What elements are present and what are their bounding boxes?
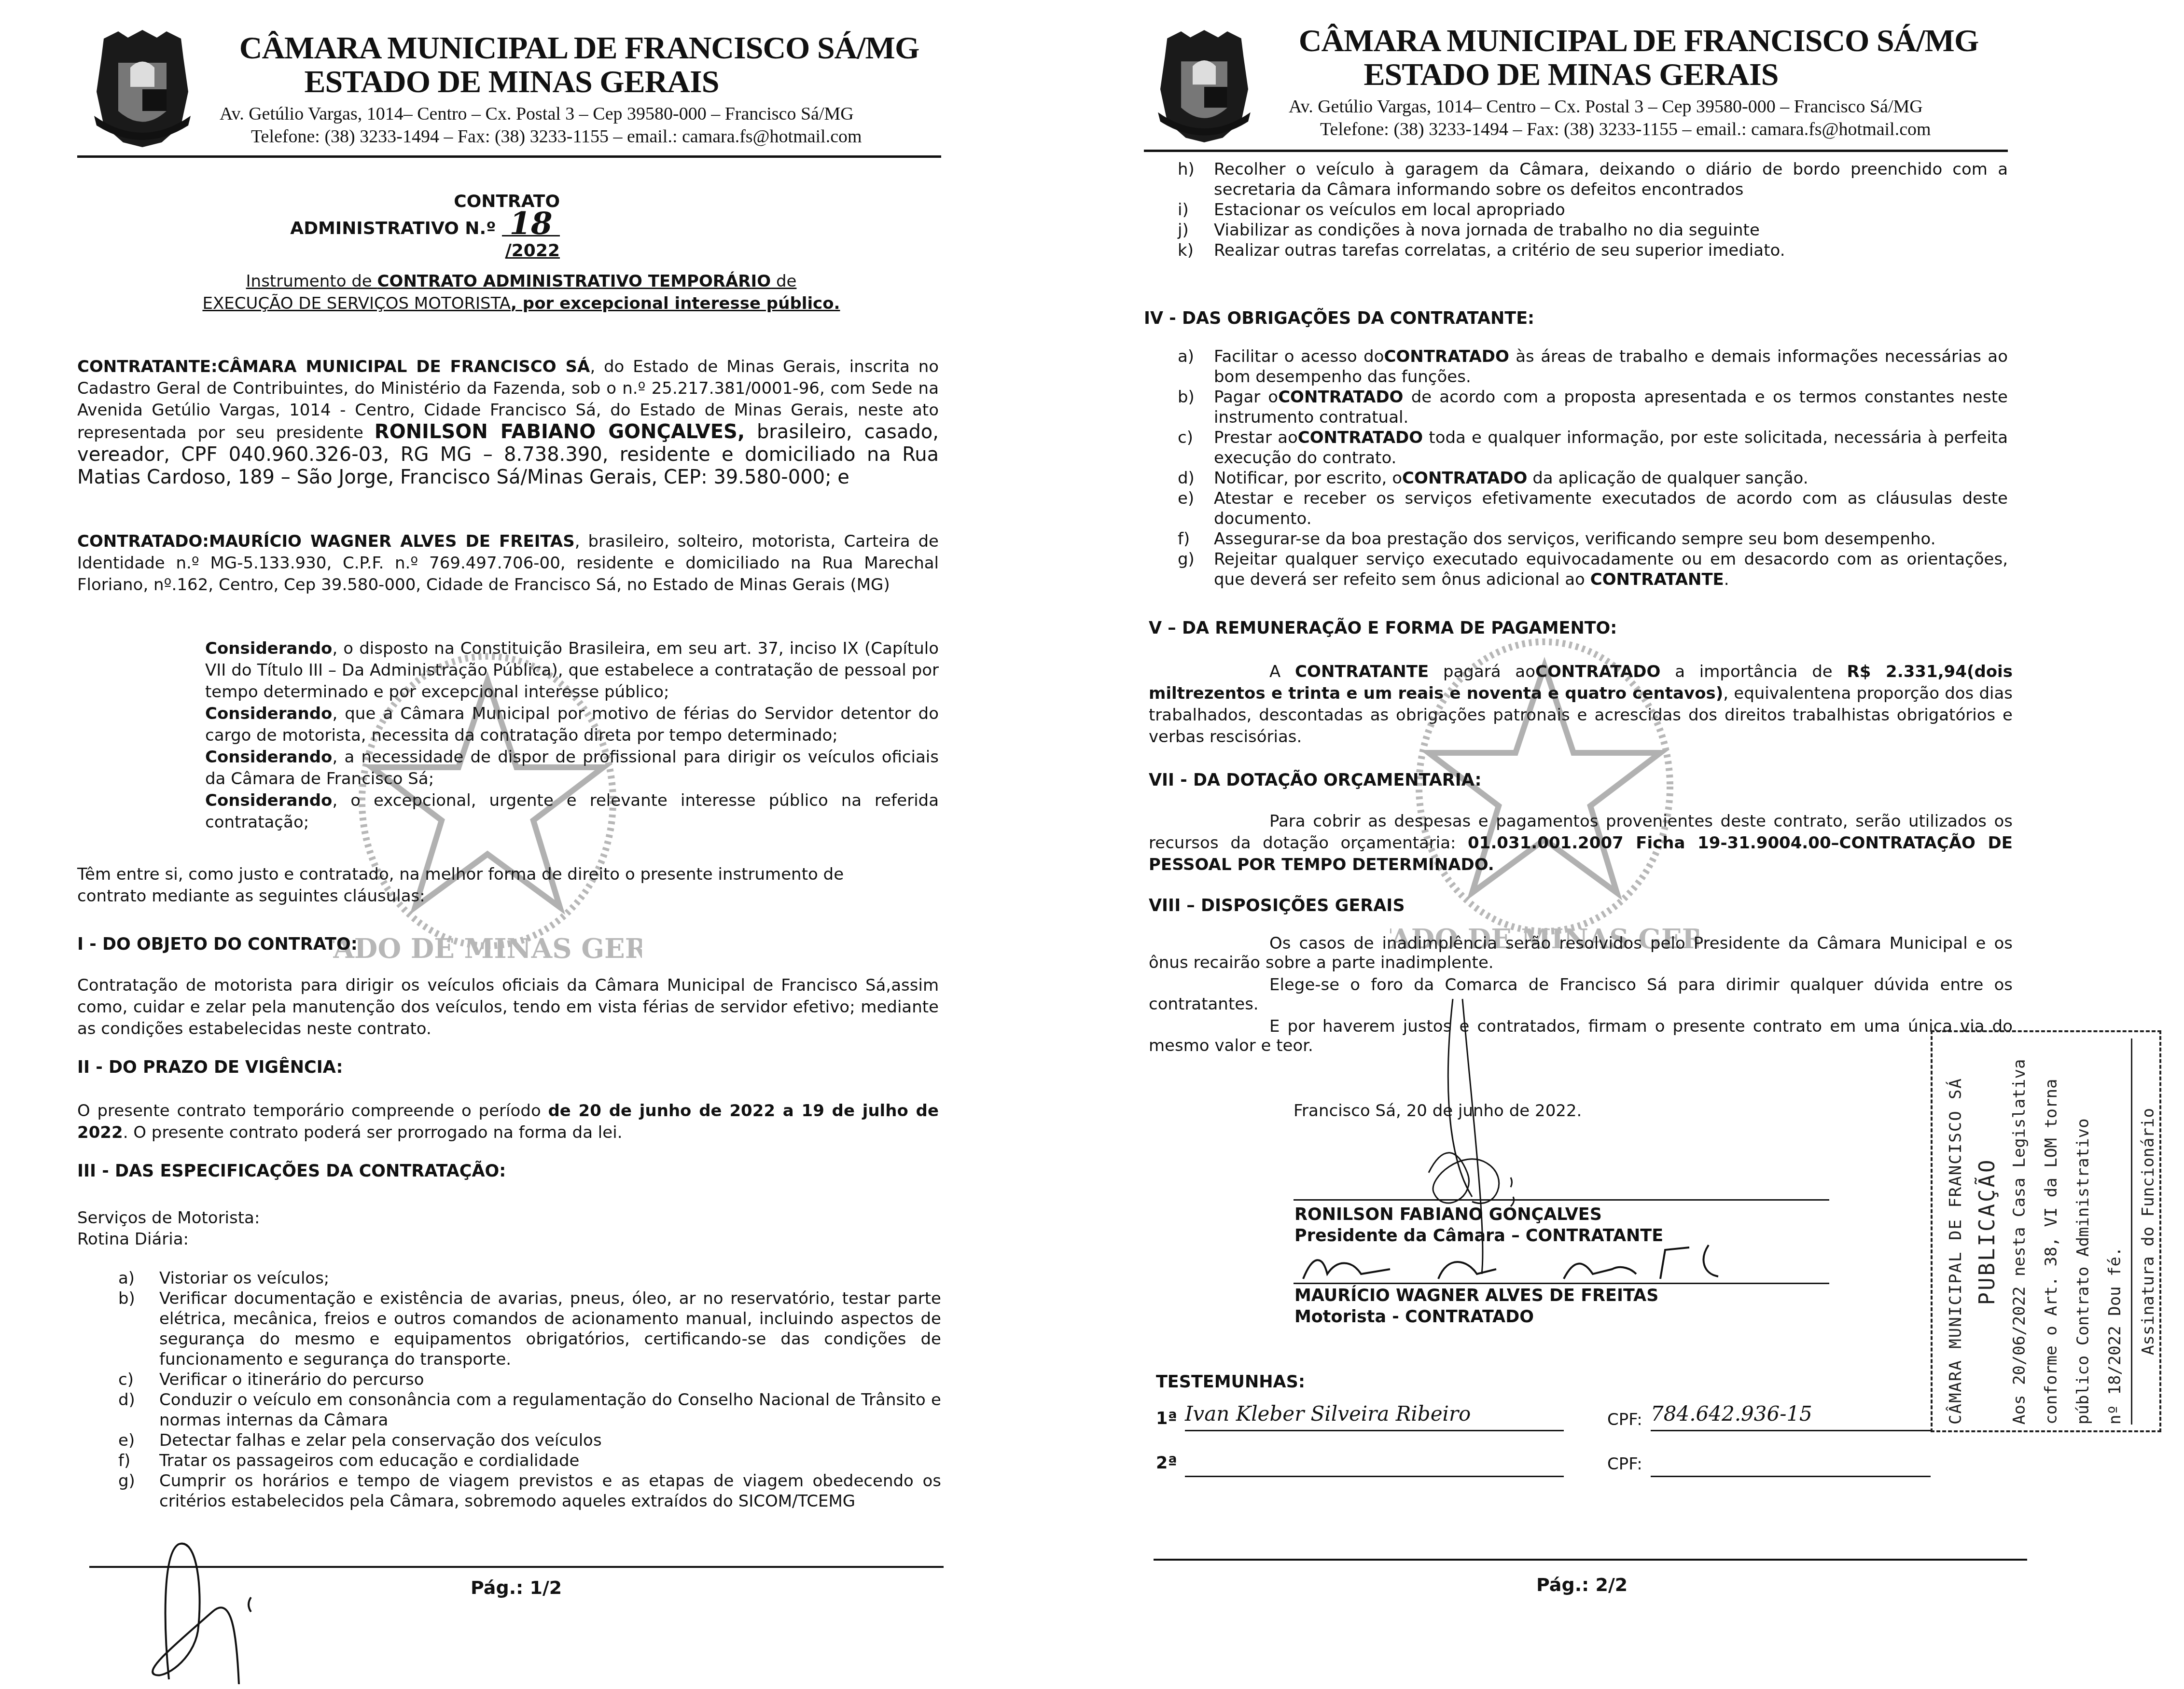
stamp-line: CÂMARA MUNICIPAL DE FRANCISCO SÁ — [1940, 1038, 1972, 1425]
instrument-bold: CONTRATO ADMINISTRATIVO TEMPORÁRIO — [377, 272, 771, 291]
list-marker: f) — [1178, 529, 1190, 549]
header-title: CÂMARA MUNICIPAL DE FRANCISCO SÁ/MG — [1272, 24, 2005, 58]
signer-contratado: MAURÍCIO WAGNER ALVES DE FREITAS Motoris… — [1294, 1285, 1658, 1328]
list-marker: j) — [1178, 220, 1189, 240]
header-subtitle: ESTADO DE MINAS GERAIS — [212, 65, 811, 99]
list-item: j)Viabilizar as condições à nova jornada… — [1178, 220, 2008, 240]
witness-2-ordinal: 2ª — [1156, 1454, 1177, 1473]
list-marker: a) — [1178, 346, 1194, 367]
routine-label: Rotina Diária: — [77, 1229, 189, 1250]
list-item: a)Facilitar o acesso doCONTRATADO às áre… — [1178, 346, 2008, 387]
list-marker: a) — [118, 1268, 135, 1288]
budget-paragraph: Para cobrir as despesas e pagamentos pro… — [1149, 811, 2013, 876]
obligations-list: a)Facilitar o acesso doCONTRATADO às áre… — [1178, 346, 2008, 590]
state-seal-watermark-icon: ESTADO DE MINAS GERAIS — [1390, 627, 1699, 975]
list-text: Assegurar-se da boa prestação dos serviç… — [1214, 529, 1936, 549]
footer-rule — [1154, 1559, 2027, 1561]
list-item: i)Estacionar os veículos em local apropr… — [1178, 200, 2008, 220]
list-marker: k) — [1178, 240, 1194, 261]
list-marker: c) — [118, 1370, 134, 1390]
header-contacts: Telefone: (38) 3233-1494 – Fax: (38) 323… — [251, 126, 862, 147]
coat-of-arms-icon — [84, 29, 200, 150]
list-text: Prestar ao — [1214, 428, 1298, 447]
signer-name: RONILSON FABIANO GONÇALVES — [1294, 1204, 1663, 1225]
list-item: a)Vistoriar os veículos; — [118, 1268, 941, 1288]
list-text: Detectar falhas e zelar pela conservação… — [159, 1431, 602, 1450]
list-text: da aplicação de qualquer sanção. — [1527, 469, 1808, 488]
payment-text: A — [1269, 662, 1295, 681]
witness-2-cpf-field[interactable] — [1651, 1448, 1931, 1477]
state-seal-watermark-icon: ESTADO DE MINAS GERAIS — [333, 642, 642, 980]
header-address: Av. Getúlio Vargas, 1014– Centro – Cx. P… — [1289, 97, 1923, 117]
list-marker: g) — [1178, 549, 1195, 569]
list-item: e)Detectar falhas e zelar pela conservaç… — [118, 1430, 941, 1451]
page-1: CÂMARA MUNICIPAL DE FRANCISCO SÁ/MG ESTA… — [0, 0, 1038, 1689]
general-provision-item: Elege-se o foro da Comarca de Francisco … — [1149, 975, 2013, 1014]
instrument-text: de — [771, 272, 796, 291]
witness-1-cpf-field[interactable]: 784.642.936-15 — [1651, 1402, 1931, 1431]
list-text: Notificar, por escrito, o — [1214, 469, 1402, 488]
signature-line-contratado — [1294, 1283, 1829, 1284]
witnesses-label: TESTEMUNHAS: — [1156, 1371, 1305, 1393]
list-text: Cumprir os horários e tempo de viagem pr… — [159, 1471, 941, 1511]
list-text: Recolher o veículo à garagem da Câmara, … — [1214, 160, 2008, 199]
list-marker: f) — [118, 1451, 130, 1471]
list-item: d)Conduzir o veículo em consonância com … — [118, 1390, 941, 1430]
list-item: c)Prestar aoCONTRATADO toda e qualquer i… — [1178, 428, 2008, 468]
header-rule — [77, 155, 941, 158]
stamp-line: nº 18/2022 Dou fé. — [2099, 1038, 2131, 1425]
signature-contratado-icon — [1294, 1240, 1776, 1288]
considerando-label: Considerando — [205, 748, 332, 767]
header-contacts: Telefone: (38) 3233-1494 – Fax: (38) 323… — [1320, 119, 1931, 139]
list-marker: g) — [118, 1471, 135, 1491]
section-2-title: II - DO PRAZO DE VIGÊNCIA: — [77, 1057, 343, 1079]
svg-text:ESTADO DE MINAS GERAIS: ESTADO DE MINAS GERAIS — [333, 933, 642, 965]
contract-number: CONTRATO ADMINISTRATIVO N.º 18/2022 — [290, 191, 560, 262]
list-marker: e) — [1178, 488, 1194, 509]
page-number: Pág.: 1/2 — [471, 1577, 562, 1598]
instrument-text: EXECUÇÃO DE SERVIÇOS MOTORISTA — [203, 294, 511, 313]
witness-2-name-field[interactable] — [1185, 1448, 1564, 1477]
instrument-text: Instrumento de — [246, 272, 377, 291]
signer-name: MAURÍCIO WAGNER ALVES DE FREITAS — [1294, 1285, 1658, 1306]
list-bold: CONTRATANTE — [1590, 570, 1724, 589]
instrument-title: Instrumento de CONTRATO ADMINISTRATIVO T… — [159, 270, 883, 315]
contract-year: /2022 — [505, 241, 560, 261]
stamp-line: público Contrato Administrativo — [2067, 1038, 2099, 1425]
considerando-label: Considerando — [205, 791, 332, 810]
contratante-president: RONILSON FABIANO GONÇALVES, — [375, 421, 745, 443]
signature-initials-icon — [135, 1535, 280, 1689]
section-4-title: IV - DAS OBRIGAÇÕES DA CONTRATANTE: — [1144, 308, 1534, 330]
list-item: d)Notificar, por escrito, oCONTRATADO da… — [1178, 468, 2008, 488]
list-item: g)Rejeitar qualquer serviço executado eq… — [1178, 549, 2008, 590]
general-provision-item: Os casos de inadimplência serão resolvid… — [1149, 934, 2013, 972]
list-text: Viabilizar as condições à nova jornada d… — [1214, 221, 1760, 240]
list-marker: b) — [118, 1288, 135, 1309]
section-1-title: I - DO OBJETO DO CONTRATO: — [77, 934, 358, 955]
witness-1-cpf-label: CPF: — [1607, 1409, 1642, 1431]
list-text: Verificar documentação e existência de a… — [159, 1289, 941, 1369]
list-marker: i) — [1178, 200, 1189, 220]
services-label: Serviços de Motorista: — [77, 1207, 260, 1229]
list-item: f)Tratar os passageiros com educação e c… — [118, 1451, 941, 1471]
page-number: Pág.: 2/2 — [1536, 1574, 1628, 1595]
section-2-text-pre: O presente contrato temporário compreend… — [77, 1101, 548, 1121]
list-text: Estacionar os veículos em local apropria… — [1214, 200, 1565, 220]
list-text: Facilitar o acesso do — [1214, 347, 1384, 366]
signer-role: Motorista - CONTRATADO — [1294, 1306, 1658, 1328]
instrument-line-2: EXECUÇÃO DE SERVIÇOS MOTORISTA, por exce… — [159, 292, 883, 315]
list-text: Vistoriar os veículos; — [159, 1269, 329, 1288]
contract-number-handwritten: 18 — [502, 213, 560, 236]
list-bold: CONTRATADO — [1384, 347, 1509, 366]
header-title: CÂMARA MUNICIPAL DE FRANCISCO SÁ/MG — [212, 31, 946, 65]
stamp-line: Aos 20/06/2022 nesta Casa Legislativa — [2003, 1038, 2035, 1425]
routine-list-continued: h)Recolher o veículo à garagem da Câmara… — [1178, 159, 2008, 261]
section-3-title: III - DAS ESPECIFICAÇÕES DA CONTRATAÇÃO: — [77, 1161, 506, 1182]
contract-number-prefix: ADMINISTRATIVO N.º — [290, 219, 496, 238]
page-2: CÂMARA MUNICIPAL DE FRANCISCO SÁ/MG ESTA… — [1110, 0, 2184, 1689]
section-7-title: VII - DA DOTAÇÃO ORÇAMENTARIA: — [1149, 770, 1482, 791]
list-text: Verificar o itinerário do percurso — [159, 1370, 424, 1389]
list-text: Conduzir o veículo em consonância com a … — [159, 1390, 941, 1430]
contratante-paragraph: CONTRATANTE:CÂMARA MUNICIPAL DE FRANCISC… — [77, 356, 939, 489]
list-text: Tratar os passageiros com educação e cor… — [159, 1451, 579, 1470]
contratado-label: CONTRATADO:MAURÍCIO WAGNER ALVES DE FREI… — [77, 532, 575, 551]
publication-stamp-text: CÂMARA MUNICIPAL DE FRANCISCO SÁ PUBLICA… — [1940, 1038, 2152, 1425]
instrument-bold: , por excepcional interesse público. — [511, 294, 840, 313]
stamp-line: conforme o Art. 38, VI da LOM torna — [2035, 1038, 2067, 1425]
list-item: f)Assegurar-se da boa prestação dos serv… — [1178, 529, 2008, 549]
list-marker: c) — [1178, 428, 1193, 448]
witness-2-cpf-label: CPF: — [1607, 1454, 1642, 1475]
list-bold: CONTRATADO — [1298, 428, 1423, 447]
list-item: h)Recolher o veículo à garagem da Câmara… — [1178, 159, 2008, 200]
witness-1-name-field[interactable]: Ivan Kleber Silveira Ribeiro — [1185, 1402, 1564, 1431]
signature-line-contratante — [1294, 1199, 1829, 1201]
list-item: k)Realizar outras tarefas correlatas, a … — [1178, 240, 2008, 261]
list-text: Realizar outras tarefas correlatas, a cr… — [1214, 241, 1785, 260]
contract-number-line: ADMINISTRATIVO N.º 18/2022 — [290, 213, 560, 262]
instrument-line-1: Instrumento de CONTRATO ADMINISTRATIVO T… — [159, 270, 883, 292]
list-marker: h) — [1178, 159, 1195, 180]
list-bold: CONTRATADO — [1402, 469, 1527, 488]
section-8-title: VIII – DISPOSIÇÕES GERAIS — [1149, 895, 1405, 917]
header-rule — [1144, 150, 2008, 152]
considerando-label: Considerando — [205, 704, 332, 723]
list-item: g)Cumprir os horários e tempo de viagem … — [118, 1471, 941, 1511]
section-2-text: O presente contrato temporário compreend… — [77, 1100, 939, 1144]
list-item: e)Atestar e receber os serviços efetivam… — [1178, 488, 2008, 529]
section-2-text-post: . O presente contrato poderá ser prorrog… — [123, 1123, 623, 1142]
list-text: Atestar e receber os serviços efetivamen… — [1214, 489, 2008, 528]
list-text: Pagar o — [1214, 388, 1278, 407]
witness-1-ordinal: 1ª — [1156, 1409, 1177, 1428]
general-provision-item: E por haverem justos e contratados, firm… — [1149, 1017, 2013, 1055]
section-1-text: Contratação de motorista para dirigir os… — [77, 975, 939, 1040]
list-marker: d) — [1178, 468, 1195, 488]
coat-of-arms-icon — [1149, 27, 1260, 147]
stamp-signature-label: Assinatura do Funcionário — [2131, 1038, 2164, 1425]
list-item: b)Pagar oCONTRATADO de acordo com a prop… — [1178, 387, 2008, 428]
contratante-label: CONTRATANTE:CÂMARA MUNICIPAL DE FRANCISC… — [77, 357, 590, 376]
list-marker: b) — [1178, 387, 1195, 407]
agreement-text: Têm entre si, como justo e contratado, n… — [77, 864, 898, 907]
publication-stamp: CÂMARA MUNICIPAL DE FRANCISCO SÁ PUBLICA… — [1931, 1030, 2161, 1432]
header-address: Av. Getúlio Vargas, 1014– Centro – Cx. P… — [220, 104, 854, 124]
header-subtitle: ESTADO DE MINAS GERAIS — [1272, 58, 1870, 92]
routine-list: a)Vistoriar os veículos; b)Verificar doc… — [118, 1268, 941, 1511]
list-text: . — [1724, 570, 1729, 589]
list-marker: d) — [118, 1390, 135, 1410]
list-item: c)Verificar o itinerário do percurso — [118, 1370, 941, 1390]
list-bold: CONTRATADO — [1278, 388, 1403, 407]
considerando-label: Considerando — [205, 639, 332, 658]
contratado-paragraph: CONTRATADO:MAURÍCIO WAGNER ALVES DE FREI… — [77, 531, 939, 596]
stamp-title: PUBLICAÇÃO — [1972, 1038, 2003, 1425]
list-item: b)Verificar documentação e existência de… — [118, 1288, 941, 1370]
general-provisions: Os casos de inadimplência serão resolvid… — [1149, 934, 2013, 1055]
list-marker: e) — [118, 1430, 135, 1451]
